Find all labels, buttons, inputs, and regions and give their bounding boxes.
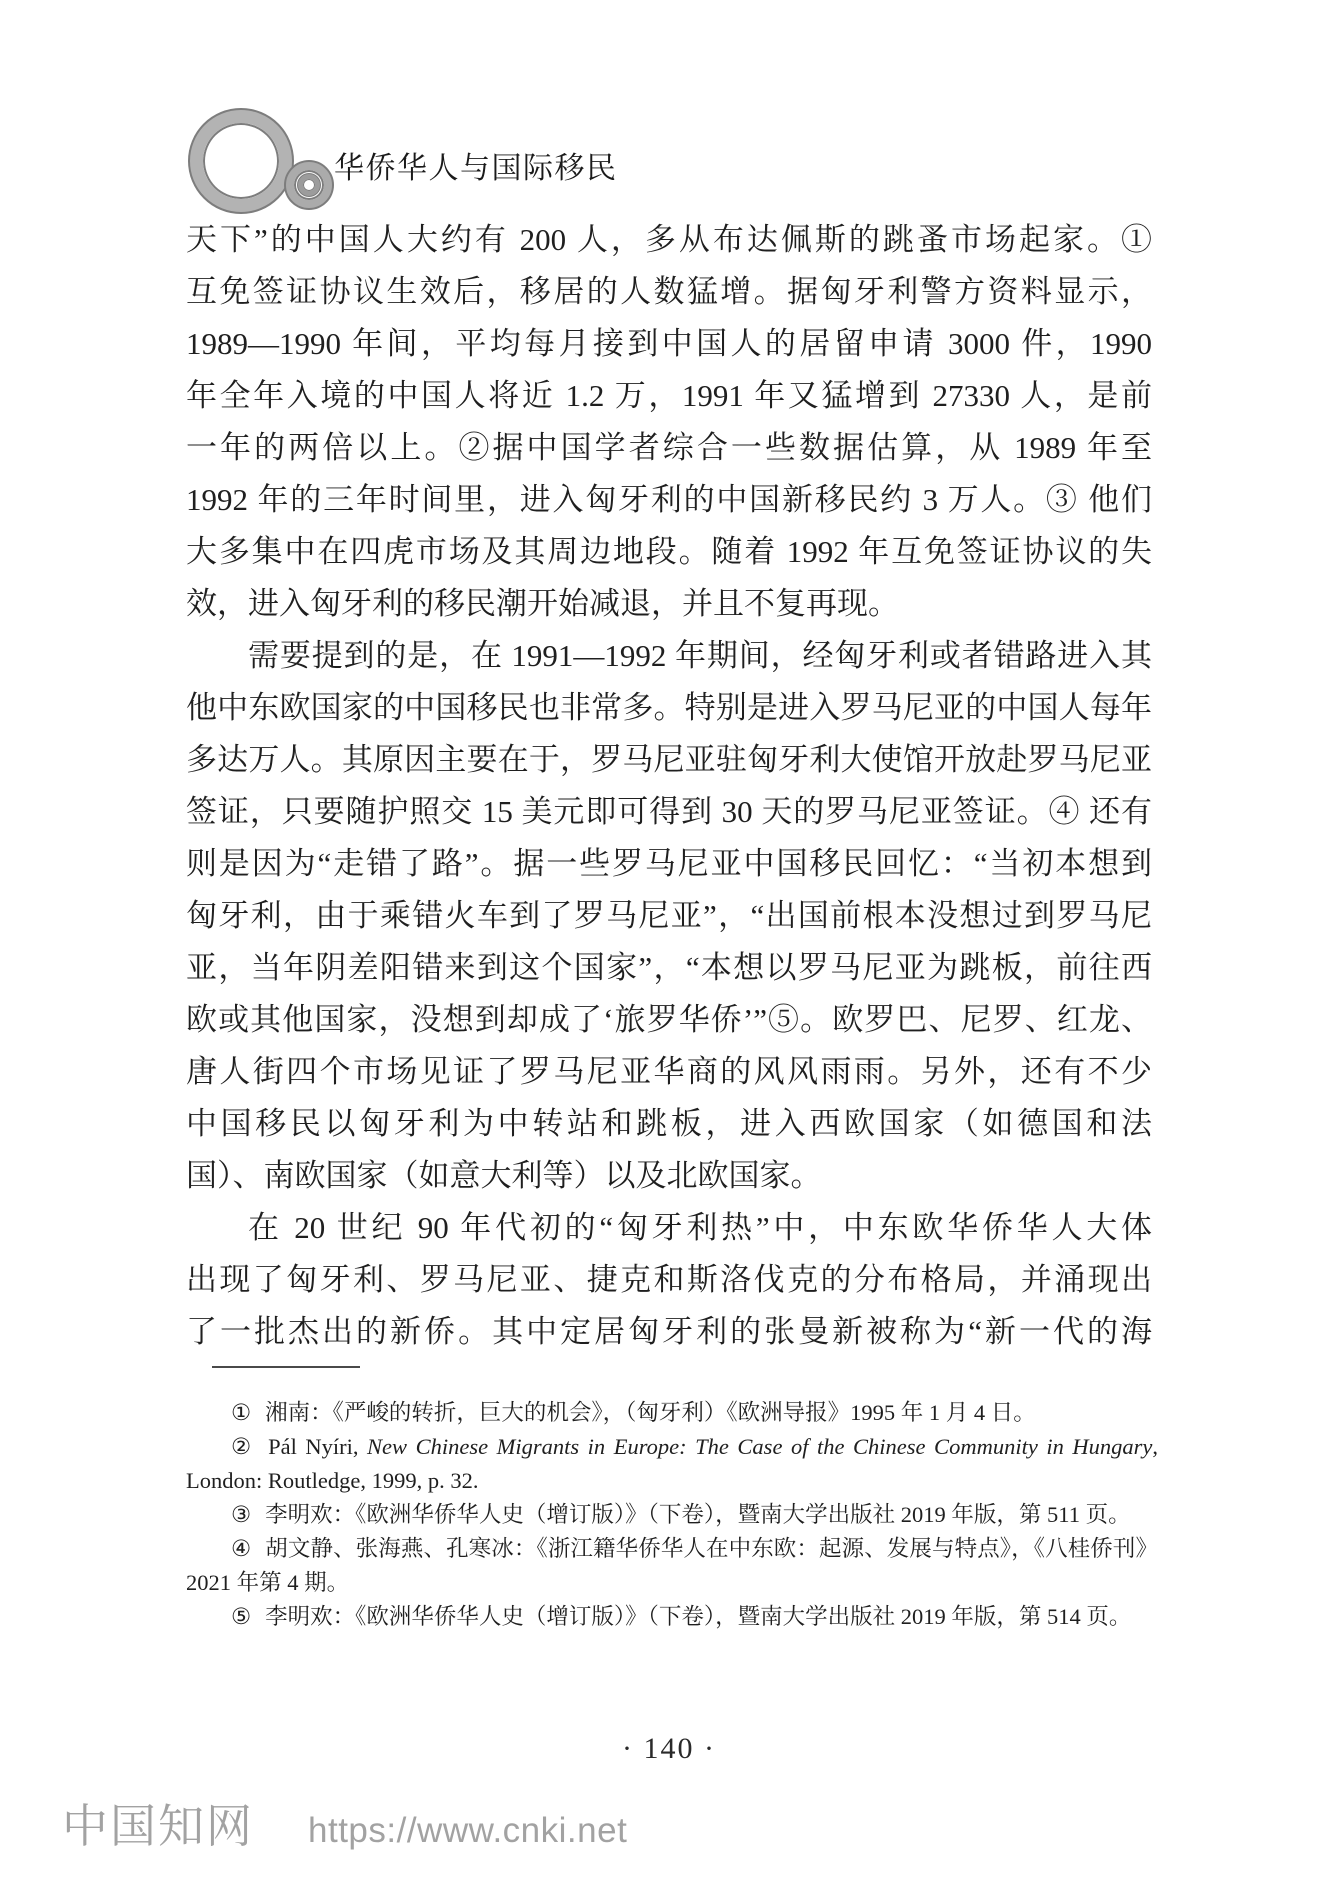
- body-text: 天下”的中国人大约有 200 人，多从布达佩斯的跳蚤市场起家。① 互免签证协议生…: [186, 214, 1152, 1358]
- scanned-book-page: 华侨华人与国际移民 天下”的中国人大约有 200 人，多从布达佩斯的跳蚤市场起家…: [0, 0, 1338, 1890]
- body-line: 欧或其他国家，没想到却成了‘旅罗华侨’”⑤。欧罗巴、尼罗、红龙、: [186, 994, 1152, 1046]
- footnote-text: 湘南：《严峻的转折，巨大的机会》，（匈牙利）《欧洲导报》1995 年 1 月 4…: [265, 1400, 1036, 1425]
- body-line: 匈牙利，由于乘错火车到了罗马尼亚”，“出国前根本没想过到罗马尼: [186, 890, 1152, 942]
- footnote-item: ①湘南：《严峻的转折，巨大的机会》，（匈牙利）《欧洲导报》1995 年 1 月 …: [186, 1396, 1158, 1430]
- body-line: 多达万人。其原因主要在于，罗马尼亚驻匈牙利大使馆开放赴罗马尼亚: [186, 734, 1152, 786]
- body-line: 他中东欧国家的中国移民也非常多。特别是进入罗马尼亚的中国人每年: [186, 682, 1152, 734]
- footnote-marker: ⑤: [231, 1604, 251, 1629]
- body-line: 大多集中在四虎市场及其周边地段。随着 1992 年互免签证协议的失: [186, 526, 1152, 578]
- footnote-text-segment: 李明欢：《欧洲华侨华人史（增订版）》（下卷），暨南大学出版社 2019 年版，第…: [265, 1502, 1130, 1527]
- small-ring-inner-icon: [298, 174, 320, 196]
- footnote-text-segment: 胡文静、张海燕、孔寒冰：《浙江籍华侨华人在中东欧：起源、发展与特点》，《八桂侨刊…: [186, 1536, 1158, 1595]
- footnote-item: ②Pál Nyíri, New Chinese Migrants in Euro…: [186, 1430, 1158, 1498]
- page-number: · 140 ·: [186, 1732, 1152, 1766]
- book-title: 华侨华人与国际移民: [334, 143, 618, 187]
- footnote-text: 李明欢：《欧洲华侨华人史（增订版）》（下卷），暨南大学出版社 2019 年版，第…: [265, 1604, 1131, 1629]
- body-line: 唐人街四个市场见证了罗马尼亚华商的风风雨雨。另外，还有不少: [186, 1046, 1152, 1098]
- footnote-text: Pál Nyíri, New Chinese Migrants in Europ…: [186, 1434, 1158, 1493]
- body-line: 出现了匈牙利、罗马尼亚、捷克和斯洛伐克的分布格局，并涌现出: [186, 1254, 1152, 1306]
- body-line: 1989—1990 年间，平均每月接到中国人的居留申请 3000 件，1990: [186, 318, 1152, 370]
- cnki-url: https://www.cnki.net: [308, 1811, 627, 1851]
- body-line: 需要提到的是，在 1991—1992 年期间，经匈牙利或者错路进入其: [186, 630, 1152, 682]
- footnote-divider: [212, 1366, 360, 1368]
- large-ring-icon: [190, 110, 292, 212]
- body-line: 天下”的中国人大约有 200 人，多从布达佩斯的跳蚤市场起家。①: [186, 214, 1152, 266]
- footnote-item: ③李明欢：《欧洲华侨华人史（增订版）》（下卷），暨南大学出版社 2019 年版，…: [186, 1498, 1158, 1532]
- footnote-text: 胡文静、张海燕、孔寒冰：《浙江籍华侨华人在中东欧：起源、发展与特点》，《八桂侨刊…: [186, 1536, 1158, 1595]
- footnote-marker: ①: [231, 1400, 251, 1425]
- body-line: 国）、南欧国家（如意大利等）以及北欧国家。: [186, 1150, 1152, 1202]
- cnki-watermark: 中国知网 https://www.cnki.net: [62, 1790, 627, 1856]
- body-line: 1992 年的三年时间里，进入匈牙利的中国新移民约 3 万人。③ 他们: [186, 474, 1152, 526]
- footnote-marker: ②: [231, 1434, 254, 1459]
- footnote-item: ④胡文静、张海燕、孔寒冰：《浙江籍华侨华人在中东欧：起源、发展与特点》，《八桂侨…: [186, 1532, 1158, 1600]
- footnote-text-segment: New Chinese Migrants in Europe: The Case…: [367, 1434, 1152, 1459]
- body-line: 年全年入境的中国人将近 1.2 万，1991 年又猛增到 27330 人，是前: [186, 370, 1152, 422]
- footnote-text: 李明欢：《欧洲华侨华人史（增订版）》（下卷），暨南大学出版社 2019 年版，第…: [265, 1502, 1130, 1527]
- body-line: 则是因为“走错了路”。据一些罗马尼亚中国移民回忆：“当初本想到: [186, 838, 1152, 890]
- body-line: 在 20 世纪 90 年代初的“匈牙利热”中，中东欧华侨华人大体: [186, 1202, 1152, 1254]
- footnote-item: ⑤李明欢：《欧洲华侨华人史（增订版）》（下卷），暨南大学出版社 2019 年版，…: [186, 1600, 1158, 1634]
- body-line: 一年的两倍以上。②据中国学者综合一些数据估算，从 1989 年至: [186, 422, 1152, 474]
- body-line: 互免签证协议生效后，移居的人数猛增。据匈牙利警方资料显示，: [186, 266, 1152, 318]
- footnotes: ①湘南：《严峻的转折，巨大的机会》，（匈牙利）《欧洲导报》1995 年 1 月 …: [186, 1396, 1158, 1634]
- footnote-marker: ④: [231, 1536, 251, 1561]
- footnote-text-segment: Pál Nyíri,: [268, 1434, 367, 1459]
- body-line: 效，进入匈牙利的移民潮开始减退，并且不复再现。: [186, 578, 1152, 630]
- rings-logo-icon: [186, 104, 346, 229]
- body-line: 了一批杰出的新侨。其中定居匈牙利的张曼新被称为“新一代的海: [186, 1306, 1152, 1358]
- body-line: 签证，只要随护照交 15 美元即可得到 30 天的罗马尼亚签证。④ 还有的: [186, 786, 1152, 838]
- cnki-brand: 中国知网: [62, 1790, 254, 1856]
- page-header: 华侨华人与国际移民: [186, 104, 1086, 229]
- footnote-text-segment: 湘南：《严峻的转折，巨大的机会》，（匈牙利）《欧洲导报》1995 年 1 月 4…: [265, 1400, 1036, 1425]
- body-line: 亚，当年阴差阳错来到这个国家”，“本想以罗马尼亚为跳板，前往西: [186, 942, 1152, 994]
- footnote-marker: ③: [231, 1502, 251, 1527]
- footnote-text-segment: 李明欢：《欧洲华侨华人史（增订版）》（下卷），暨南大学出版社 2019 年版，第…: [265, 1604, 1131, 1629]
- body-line: 中国移民以匈牙利为中转站和跳板，进入西欧国家（如德国和法: [186, 1098, 1152, 1150]
